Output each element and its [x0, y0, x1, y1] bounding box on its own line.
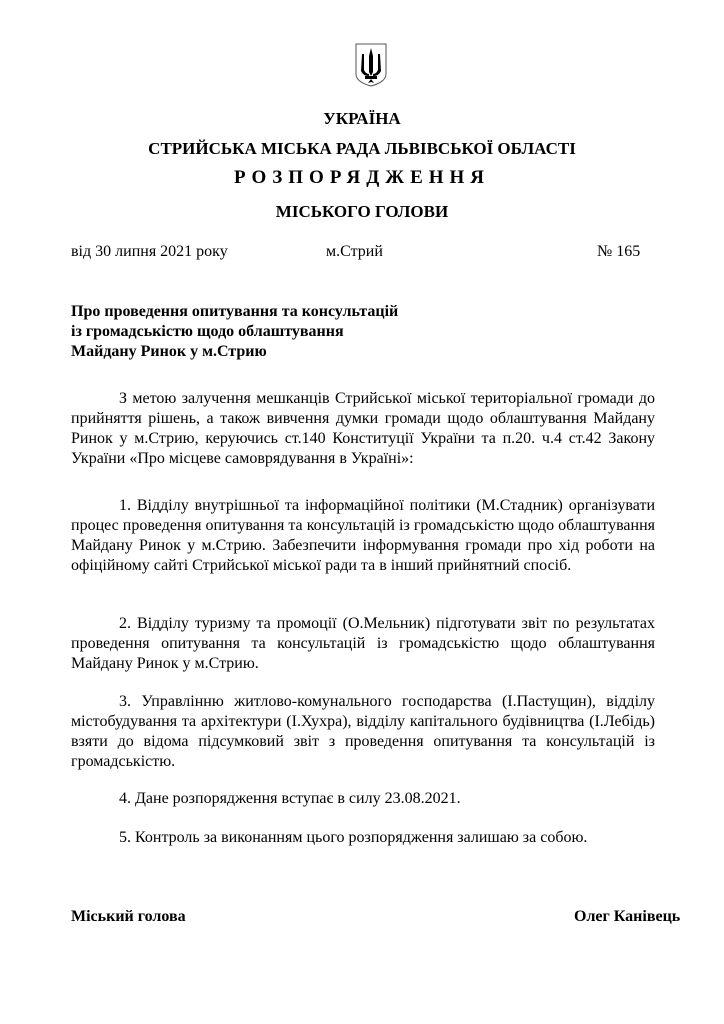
preamble-paragraph: З метою залучення мешканців Стрийської м…	[71, 389, 655, 469]
title-line: із громадськістю щодо облаштування	[71, 322, 398, 342]
doc-type-heading: РОЗПОРЯДЖЕННЯ	[0, 167, 724, 189]
council-heading: СТРИЙСЬКА МІСЬКА РАДА ЛЬВІВСЬКОЇ ОБЛАСТІ	[0, 139, 724, 159]
item-paragraph-4: 4. Дане розпорядження вступає в силу 23.…	[71, 789, 655, 809]
title-line: Про проведення опитування та консультаці…	[71, 302, 398, 322]
doc-date: від 30 липня 2021 року	[71, 243, 228, 261]
item-paragraph-2: 2. Відділу туризму та промоції (О.Мельни…	[71, 614, 655, 674]
doc-title: Про проведення опитування та консультаці…	[71, 302, 398, 362]
doc-number: № 165	[597, 243, 640, 261]
signature-position: Міський голова	[71, 908, 186, 926]
item-paragraph-3: 3. Управлінню житлово-комунального госпо…	[71, 692, 655, 772]
item-paragraph-1: 1. Відділу внутрішньої та інформаційної …	[71, 496, 655, 576]
item-paragraph-5: 5. Контроль за виконанням цього розпоряд…	[71, 828, 655, 848]
country-heading: УКРАЇНА	[0, 109, 724, 129]
title-line: Майдану Ринок у м.Стрию	[71, 342, 398, 362]
issuer-heading: МІСЬКОГО ГОЛОВИ	[0, 202, 724, 222]
signature-name: Олег Канівець	[574, 908, 680, 926]
trident-emblem-icon	[354, 42, 388, 88]
doc-place: м.Стрий	[326, 243, 383, 261]
